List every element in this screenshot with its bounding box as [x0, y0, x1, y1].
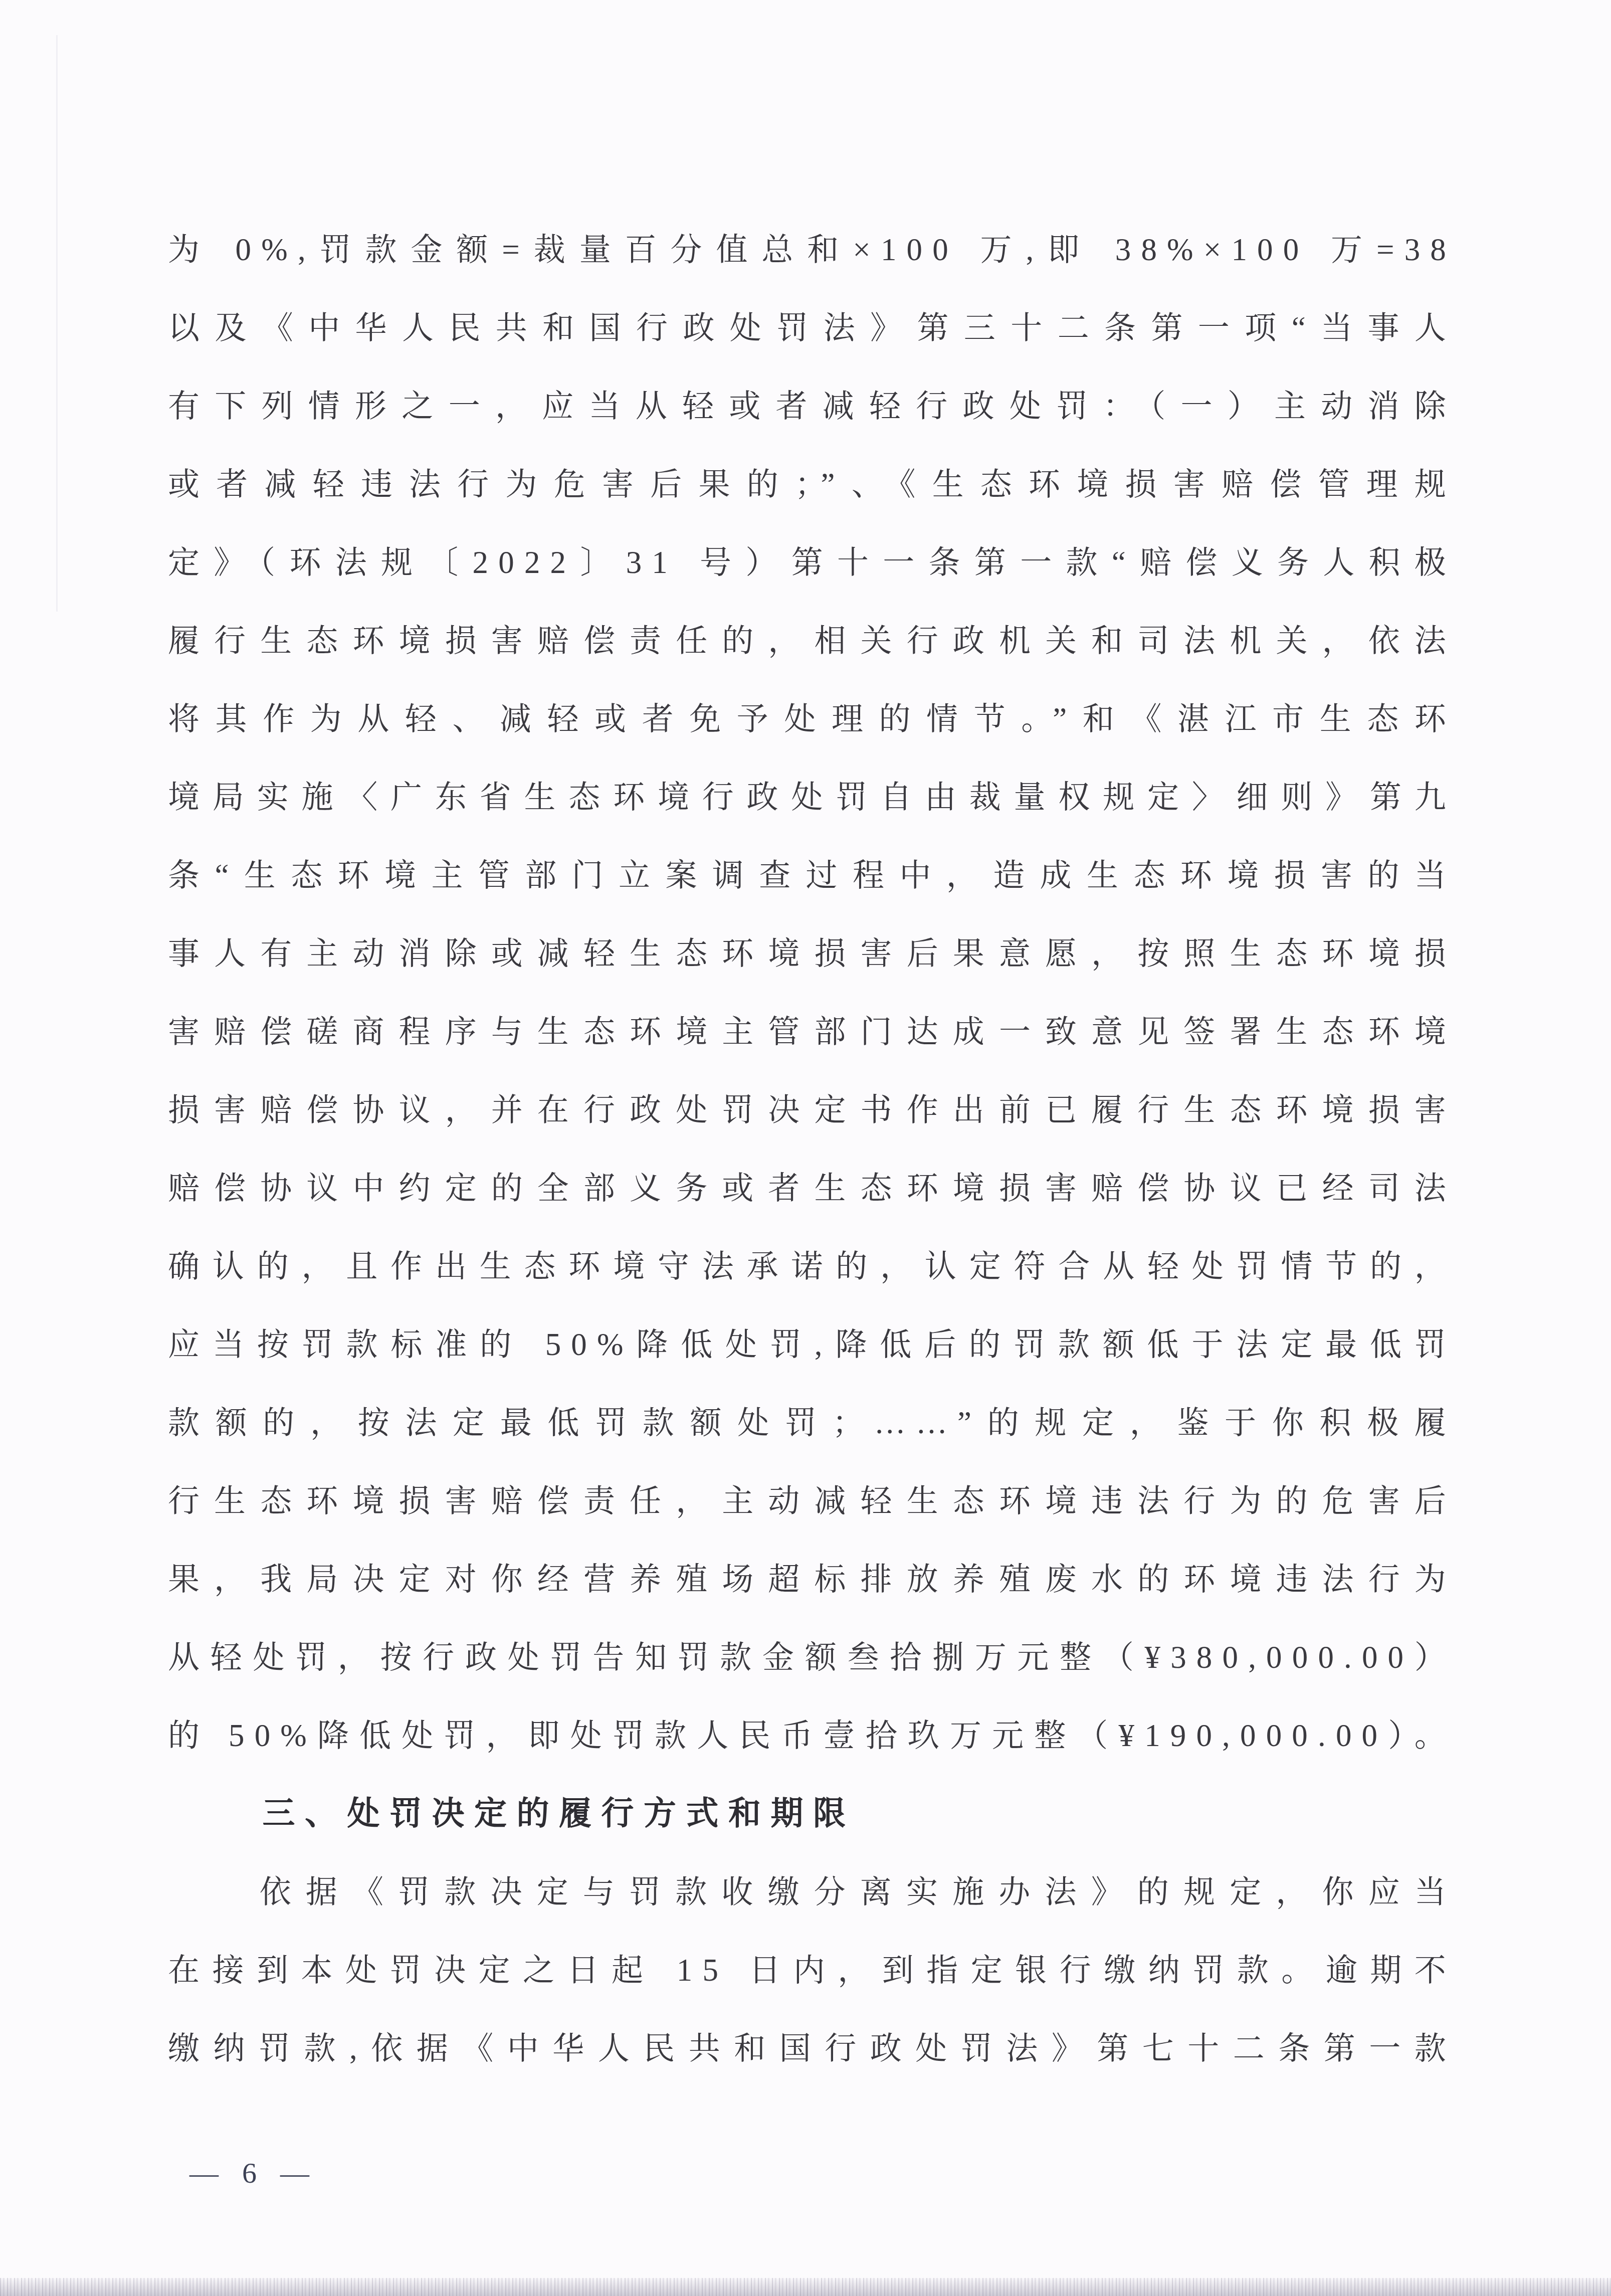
- text-line: 将其作为从轻、减轻或者免予处理的情节。”和《湛江市生态环: [168, 680, 1456, 758]
- document-body: 为 0%,罚款金额=裁量百分值总和×100 万,即 38%×100 万=38 万…: [168, 211, 1456, 2087]
- text-line: 以及《中华人民共和国行政处罚法》第三十二条第一项“当事人: [168, 289, 1456, 367]
- text-line: 缴纳罚款,依据《中华人民共和国行政处罚法》第七十二条第一款: [168, 2009, 1456, 2087]
- text-line: 事人有主动消除或减轻生态环境损害后果意愿，按照生态环境损: [168, 914, 1456, 993]
- text-line: 依据《罚款决定与罚款收缴分离实施办法》的规定，你应当: [168, 1853, 1456, 1931]
- text-line: 境局实施〈广东省生态环境行政处罚自由裁量权规定〉细则》第九: [168, 758, 1456, 836]
- text-line: 有下列情形之一，应当从轻或者减轻行政处罚：（一）主动消除: [168, 367, 1456, 445]
- section-heading: 三、处罚决定的履行方式和期限: [168, 1775, 1456, 1853]
- scan-streak-artifact: [56, 35, 58, 612]
- text-line: 履行生态环境损害赔偿责任的，相关行政机关和司法机关，依法: [168, 602, 1456, 680]
- text-line: 为 0%,罚款金额=裁量百分值总和×100 万,即 38%×100 万=38 万…: [168, 211, 1456, 289]
- scan-edge-artifact: [0, 2278, 1611, 2296]
- document-page: 为 0%,罚款金额=裁量百分值总和×100 万,即 38%×100 万=38 万…: [0, 0, 1611, 2296]
- text-line: 行生态环境损害赔偿责任，主动减轻生态环境违法行为的危害后: [168, 1462, 1456, 1540]
- text-line: 确认的，且作出生态环境守法承诺的，认定符合从轻处罚情节的，: [168, 1227, 1456, 1305]
- page-number: — 6 —: [189, 2146, 317, 2201]
- text-line: 在接到本处罚决定之日起 15 日内，到指定银行缴纳罚款。逾期不: [168, 1931, 1456, 2009]
- text-line: 或者减轻违法行为危害后果的；”、《生态环境损害赔偿管理规: [168, 445, 1456, 523]
- text-line: 果，我局决定对你经营养殖场超标排放养殖废水的环境违法行为: [168, 1540, 1456, 1618]
- text-line: 赔偿协议中约定的全部义务或者生态环境损害赔偿协议已经司法: [168, 1149, 1456, 1227]
- text-line: 条“生态环境主管部门立案调查过程中，造成生态环境损害的当: [168, 836, 1456, 914]
- text-line: 定》（环法规〔2022〕31 号）第十一条第一款“赔偿义务人积极: [168, 523, 1456, 602]
- text-line: 应当按罚款标准的 50%降低处罚,降低后的罚款额低于法定最低罚: [168, 1305, 1456, 1384]
- text-line: 从轻处罚，按行政处罚告知罚款金额叁拾捌万元整（¥380,000.00）: [168, 1618, 1456, 1696]
- text-line: 的 50%降低处罚，即处罚款人民币壹拾玖万元整（¥190,000.00）。: [168, 1696, 1456, 1775]
- text-line: 款额的，按法定最低罚款额处罚；……”的规定，鉴于你积极履: [168, 1384, 1456, 1462]
- text-line: 损害赔偿协议，并在行政处罚决定书作出前已履行生态环境损害: [168, 1071, 1456, 1149]
- text-line: 害赔偿磋商程序与生态环境主管部门达成一致意见签署生态环境: [168, 993, 1456, 1071]
